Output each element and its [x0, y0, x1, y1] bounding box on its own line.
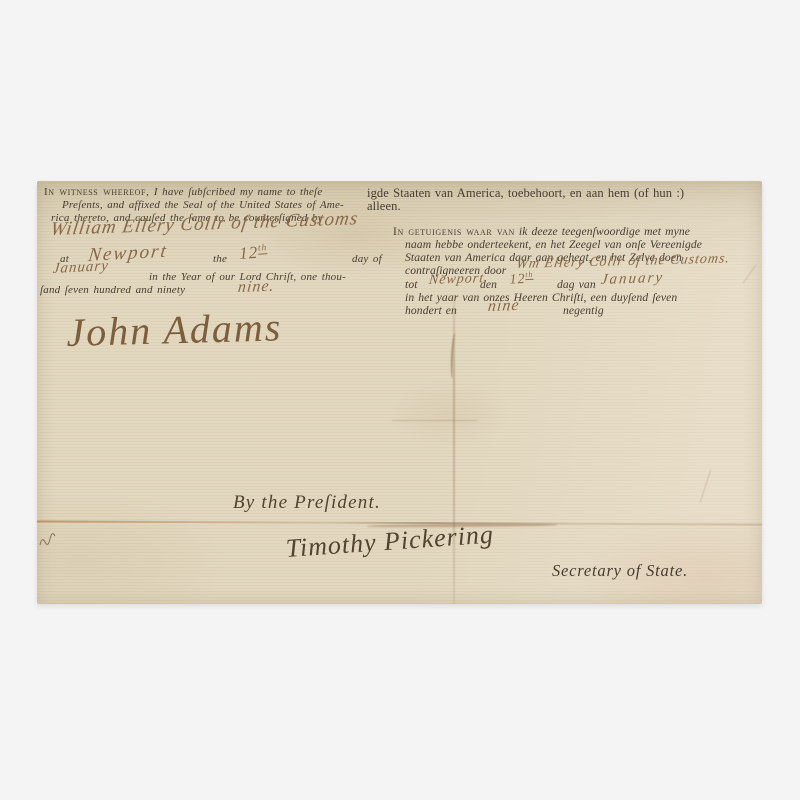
passport-document: In witness whereof, I have ſubſcribed my…: [37, 181, 762, 604]
day-of-label: day of: [352, 253, 382, 265]
right-diagonal-crease: [700, 470, 711, 503]
horizontal-crease: [37, 520, 762, 525]
day-suffix-nl: th: [525, 270, 533, 280]
dutch-year-line: in het yaar van onzes Heeren Chriſti, ee…: [405, 291, 677, 304]
by-the-president-label: By the Preſident.: [233, 492, 381, 514]
president-signature: John Adams: [66, 303, 283, 356]
faint-cross-crease: [392, 420, 477, 421]
day-suffix-en: th: [258, 243, 268, 255]
tot-label: tot: [405, 278, 418, 291]
the-label: the: [213, 253, 227, 265]
getuigenis-line-2: naam hebbe onderteekent, en het Zeegel v…: [405, 238, 702, 251]
year-clause-line-2: ſand ſeven hundred and ninety: [40, 284, 185, 296]
getuigenis-opening-smallcaps: In getuigenis waar van: [393, 225, 515, 238]
witness-clause-line-1: In witness whereof, I have ſubſcribed my…: [44, 186, 322, 198]
den-label: den: [480, 278, 497, 291]
secretary-title-label: Secretary of State.: [552, 561, 688, 581]
dutch-carryover-line-2: alleen.: [367, 199, 401, 214]
witness-line1-rest: I have ſubſcribed my name to theſe: [149, 186, 322, 198]
handwritten-day-en: 12th: [239, 242, 269, 264]
handwritten-day-nl: 12th: [509, 270, 534, 289]
getuigenis-line1-rest: ik deeze teegenſwoordige met myne: [515, 225, 690, 238]
scan-background: { "colors": { "background": "#f4f4f4", "…: [0, 0, 800, 800]
top-right-scratch: [743, 265, 756, 284]
negentig-label: negentig: [563, 304, 604, 317]
witness-opening-smallcaps: In witness whereof,: [44, 186, 149, 198]
vertical-fold-kink: [450, 333, 458, 379]
edge-ink-squiggle: [38, 529, 64, 549]
dutch-carryover-line-1: igde Staaten van America, toebehoort, en…: [367, 186, 684, 201]
dag-van-label: dag van: [557, 278, 596, 291]
handwritten-year-word-nl: nine: [487, 297, 520, 316]
secretary-signature: Timothy Pickering: [285, 520, 495, 564]
hondert-label: hondert en: [405, 304, 457, 317]
handwritten-month-nl: January: [600, 270, 665, 289]
handwritten-month-en: January: [52, 258, 110, 278]
vertical-fold-crease: [453, 296, 455, 604]
handwritten-place-nl: Newport: [428, 271, 485, 289]
getuigenis-line-1: In getuigenis waar van ik deeze teegenſw…: [393, 225, 690, 238]
handwritten-year-word-en: nine.: [237, 278, 275, 297]
